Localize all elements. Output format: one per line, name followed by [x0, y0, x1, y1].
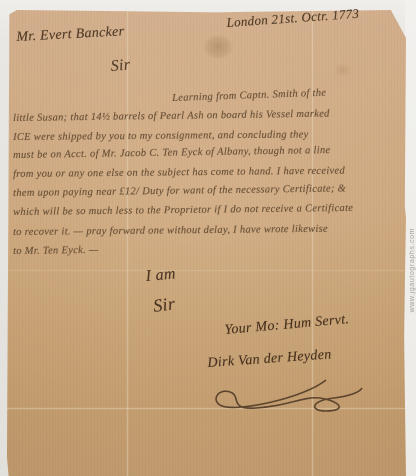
ink-stain [198, 30, 238, 64]
dealer-watermark: www.jgautographs.com [409, 228, 416, 312]
scanned-letter-photo: www.jgautographs.com London 21st. Octr. … [0, 0, 416, 476]
signature-flourish [208, 378, 364, 416]
letter-salutation: Sir [110, 56, 131, 76]
closing-i-am: I am [145, 265, 177, 286]
letter-line: to Mr. Ten Eyck. — [13, 245, 99, 257]
closing-sir: Sir [152, 293, 176, 317]
paper-stain [330, 60, 356, 80]
